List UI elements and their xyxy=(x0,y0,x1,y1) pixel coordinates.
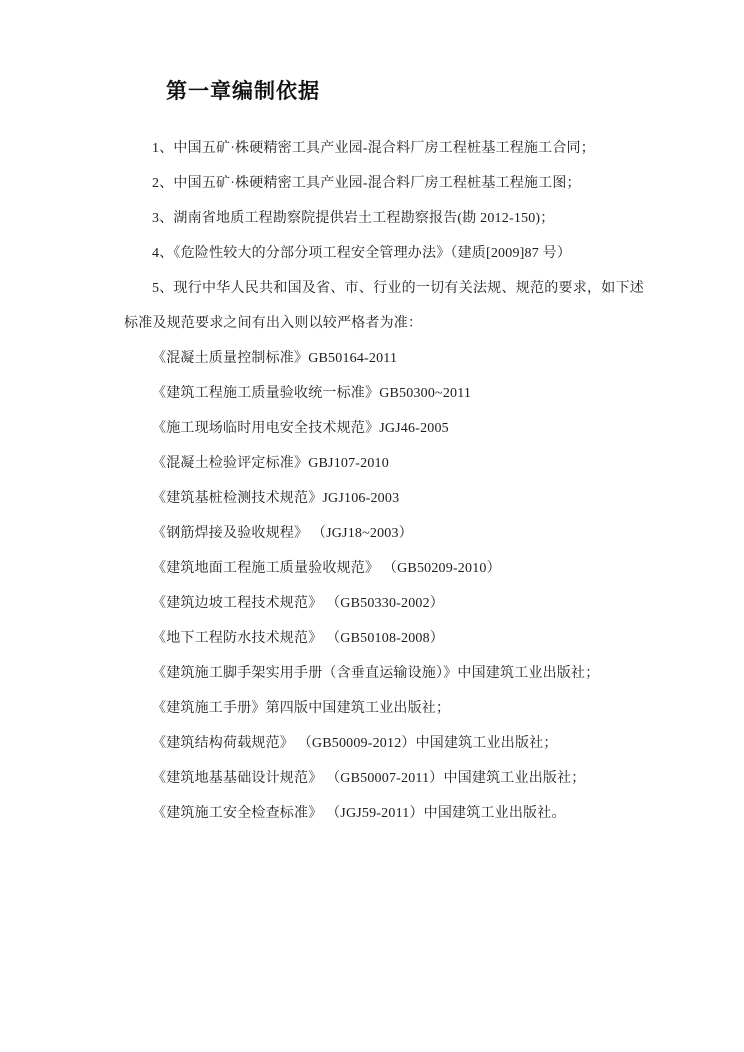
standard-item-4: 《混凝土检验评定标准》GBJ107-2010 xyxy=(124,446,644,481)
numbered-item-5: 5、现行中华人民共和国及省、市、行业的一切有关法规、规范的要求，如下述标准及规范… xyxy=(124,271,644,341)
numbered-item-4: 4、《危险性较大的分部分项工程安全管理办法》（建质[2009]87 号） xyxy=(124,236,644,271)
numbered-item-3: 3、湖南省地质工程勘察院提供岩土工程勘察报告(勘 2012-150)； xyxy=(124,201,644,236)
standard-item-2: 《建筑工程施工质量验收统一标准》GB50300~2011 xyxy=(124,376,644,411)
document-page: 第一章编制依据 1、中国五矿·株硬精密工具产业园-混合料厂房工程桩基工程施工合同… xyxy=(0,0,744,1052)
standard-item-1: 《混凝土质量控制标准》GB50164-2011 xyxy=(124,341,644,376)
numbered-item-1: 1、中国五矿·株硬精密工具产业园-混合料厂房工程桩基工程施工合同； xyxy=(124,131,644,166)
standard-item-11: 《建筑施工手册》第四版中国建筑工业出版社； xyxy=(124,691,644,726)
standard-item-12: 《建筑结构荷载规范》 （GB50009-2012）中国建筑工业出版社； xyxy=(124,726,644,761)
standard-item-14: 《建筑施工安全检查标准》 （JGJ59-2011）中国建筑工业出版社。 xyxy=(124,796,644,831)
standard-item-13: 《建筑地基基础设计规范》 （GB50007-2011）中国建筑工业出版社； xyxy=(124,761,644,796)
standard-item-6: 《钢筋焊接及验收规程》 （JGJ18~2003） xyxy=(124,516,644,551)
chapter-heading: 第一章编制依据 xyxy=(124,76,644,106)
standard-item-5: 《建筑基桩检测技术规范》JGJ106-2003 xyxy=(124,481,644,516)
standard-item-7: 《建筑地面工程施工质量验收规范》 （GB50209-2010） xyxy=(124,551,644,586)
standard-item-3: 《施工现场临时用电安全技术规范》JGJ46-2005 xyxy=(124,411,644,446)
standard-item-9: 《地下工程防水技术规范》 （GB50108-2008） xyxy=(124,621,644,656)
standard-item-10: 《建筑施工脚手架实用手册（含垂直运输设施）》中国建筑工业出版社； xyxy=(124,656,644,691)
standard-item-8: 《建筑边坡工程技术规范》 （GB50330-2002） xyxy=(124,586,644,621)
numbered-item-2: 2、中国五矿·株硬精密工具产业园-混合料厂房工程桩基工程施工图； xyxy=(124,166,644,201)
